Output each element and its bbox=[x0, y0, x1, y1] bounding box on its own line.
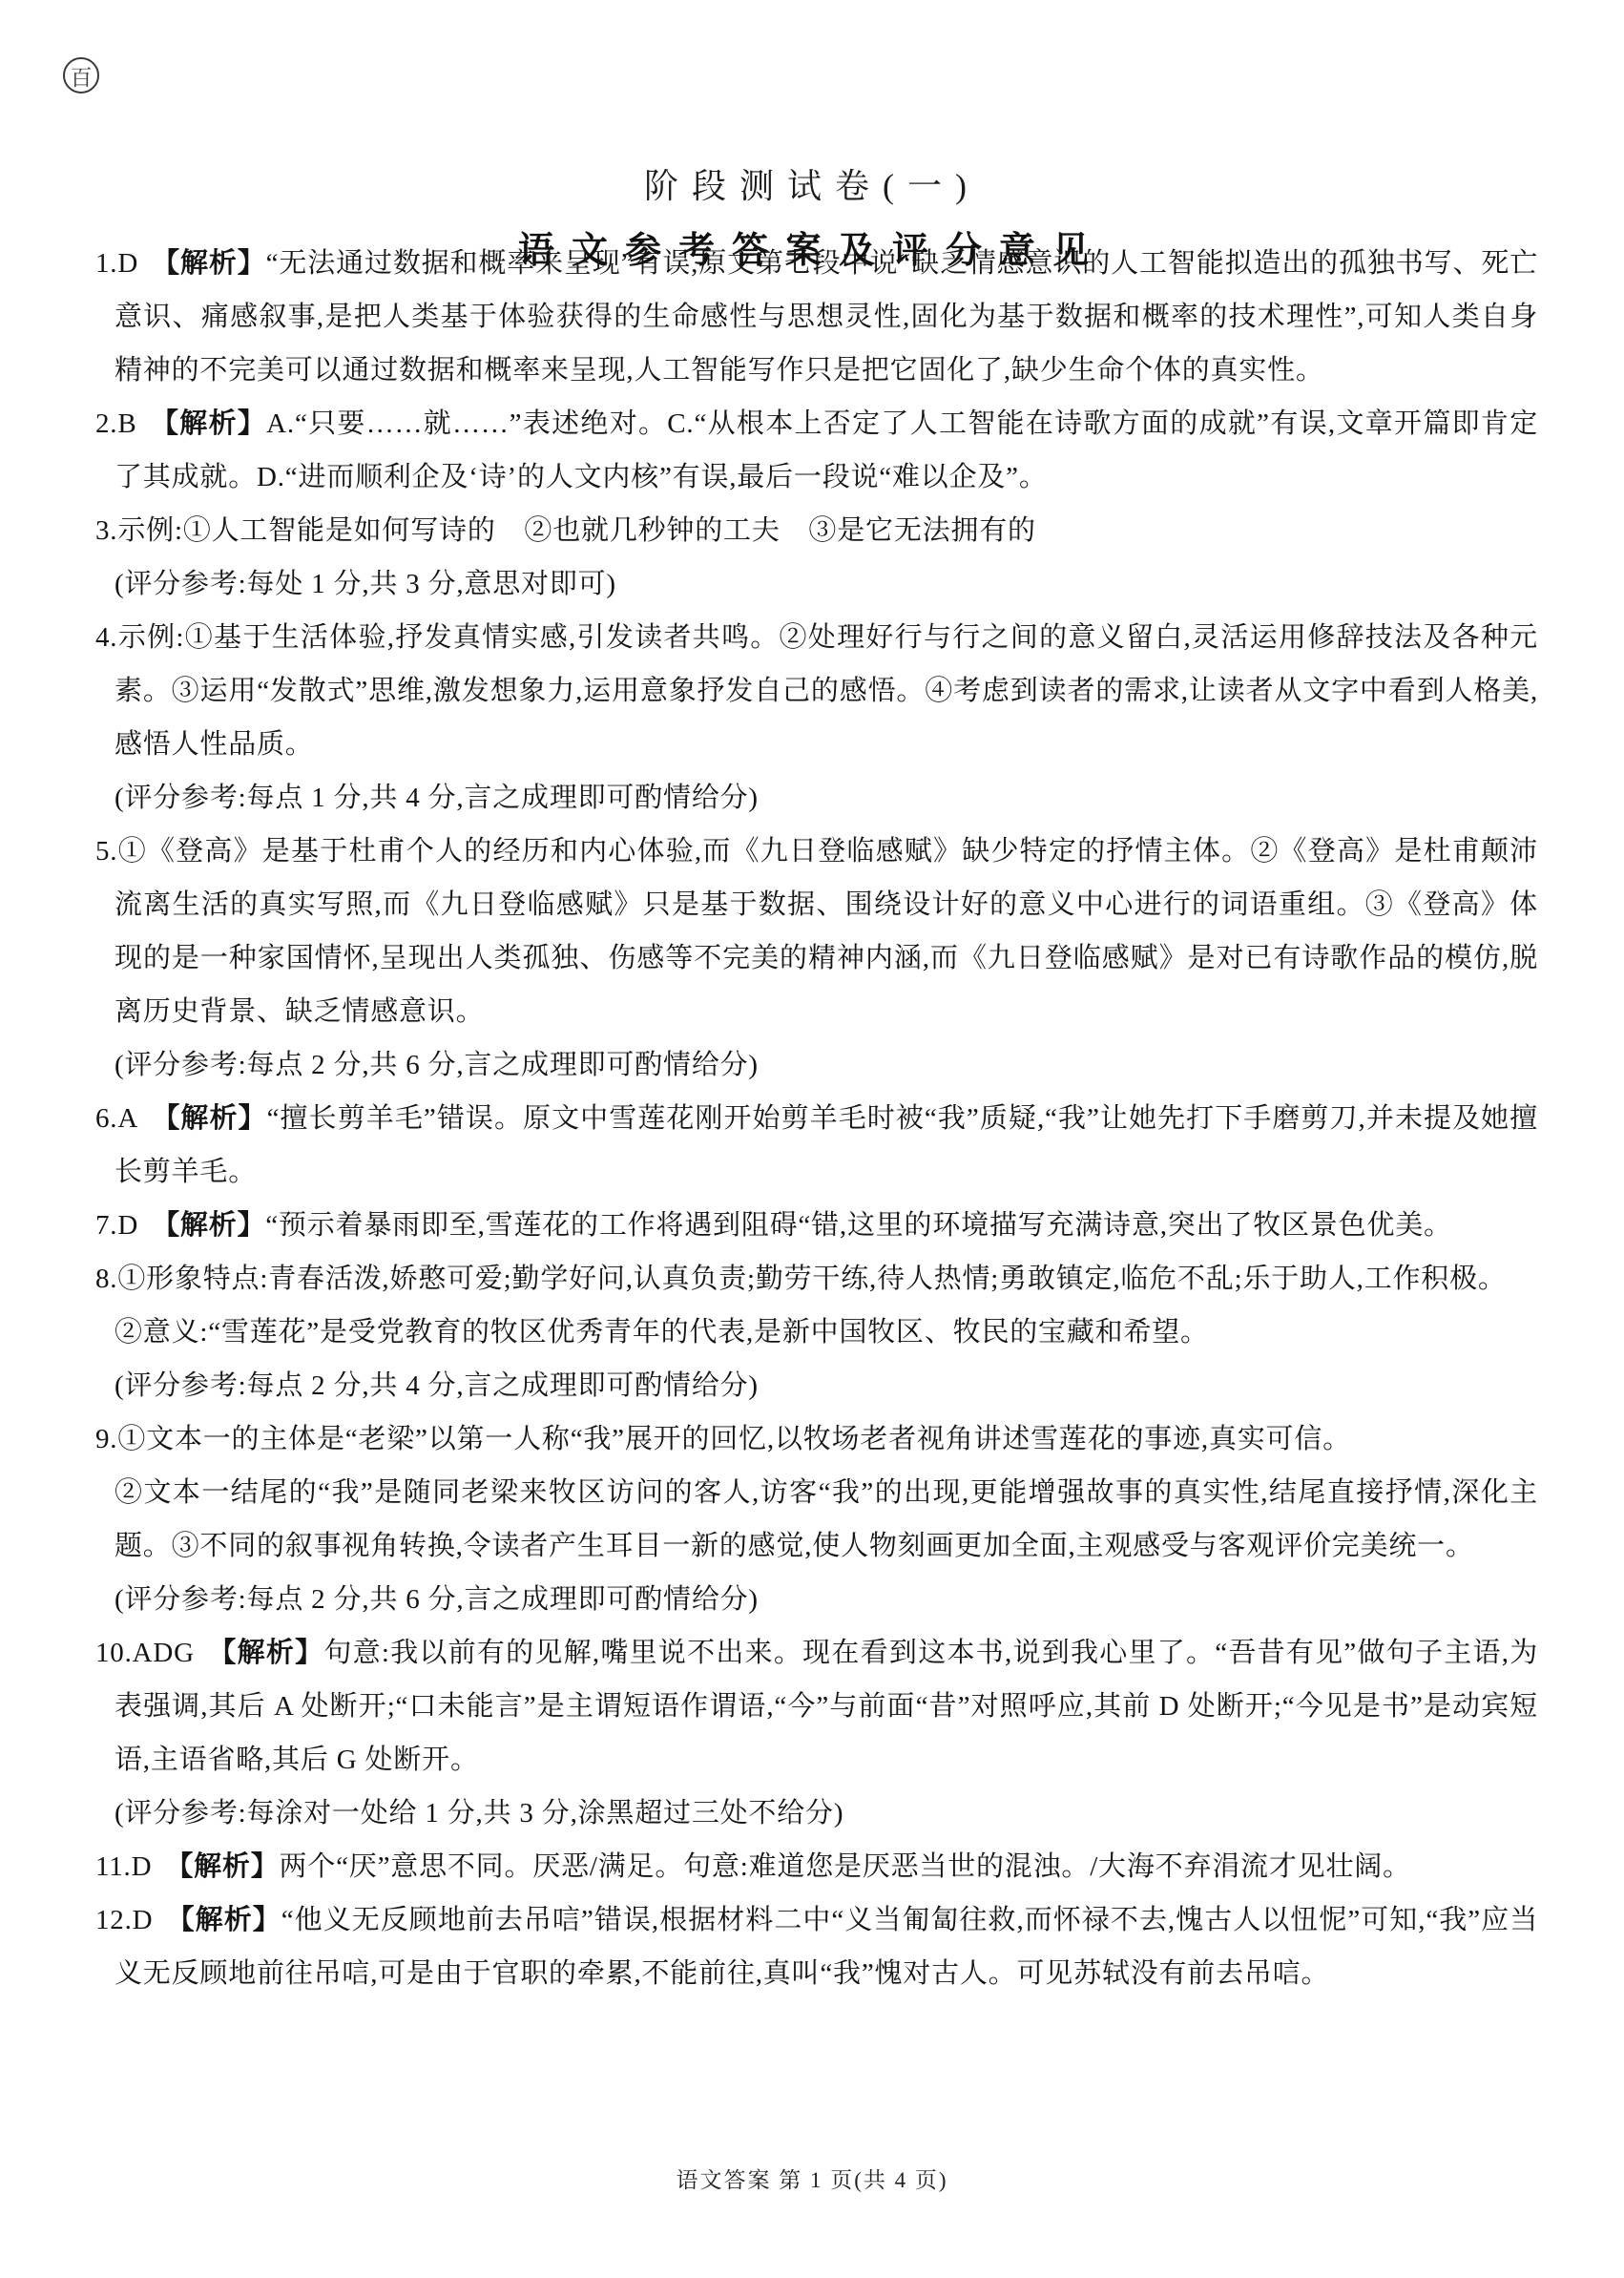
scoring-note: (评分参考:每涂对一处给 1 分,共 3 分,涂黑超过三处不给分) bbox=[95, 1787, 1538, 1840]
answer-number: 8. bbox=[95, 1264, 117, 1294]
answer-number: 2.B bbox=[95, 408, 137, 439]
publisher-logo-character: 百 bbox=[71, 60, 93, 92]
answer-text: 示例:①人工智能是如何写诗的 ②也就几秒钟的工夫 ③是它无法拥有的 bbox=[117, 515, 1035, 546]
answer-number: 11.D bbox=[95, 1851, 152, 1882]
answer-text: (评分参考:每点 2 分,共 6 分,言之成理即可酌情给分) bbox=[115, 1050, 759, 1080]
answer-number: 5. bbox=[95, 836, 117, 867]
answer-text: ②文本一结尾的“我”是随同老梁来牧区访问的客人,访客“我”的出现,更能增强故事的… bbox=[115, 1477, 1538, 1561]
answer-paragraph: 9.①文本一的主体是“老梁”以第一人称“我”展开的回忆,以牧场老者视角讲述雪莲花… bbox=[95, 1412, 1538, 1466]
answer-paragraph: ②文本一结尾的“我”是随同老梁来牧区访问的客人,访客“我”的出现,更能增强故事的… bbox=[95, 1466, 1538, 1573]
answer-text: ①《登高》是基于杜甫个人的经历和内心体验,而《九日登临感赋》缺少特定的抒情主体。… bbox=[115, 836, 1538, 1027]
answer-text: (评分参考:每处 1 分,共 3 分,意思对即可) bbox=[115, 569, 616, 599]
answer-number: 10.ADG bbox=[95, 1638, 195, 1668]
answer-text: A.“只要……就……”表述绝对。C.“从根本上否定了人工智能在诗歌方面的成就”有… bbox=[115, 408, 1538, 492]
analysis-tag: 【解析】 bbox=[151, 408, 267, 439]
answer-paragraph: 3.示例:①人工智能是如何写诗的 ②也就几秒钟的工夫 ③是它无法拥有的 bbox=[95, 504, 1538, 557]
answer-sheet-page: 百 阶段测试卷(一) 语文参考答案及评分意见 1.D【解析】“无法通过数据和概率… bbox=[0, 0, 1624, 2278]
answer-list: 1.D【解析】“无法通过数据和概率来呈现”有误,原文第七段中说“缺乏情感意识的人… bbox=[95, 237, 1538, 2000]
answer-paragraph: 1.D【解析】“无法通过数据和概率来呈现”有误,原文第七段中说“缺乏情感意识的人… bbox=[95, 237, 1538, 397]
answer-number: 3. bbox=[95, 515, 117, 546]
answer-number: 4. bbox=[95, 622, 117, 653]
answer-paragraph: 8.①形象特点:青春活泼,娇憨可爱;勤学好问,认真负责;勤劳干练,待人热情;勇敢… bbox=[95, 1252, 1538, 1306]
answer-paragraph: 7.D【解析】“预示着暴雨即至,雪莲花的工作将遇到阻碍“错,这里的环境描写充满诗… bbox=[95, 1199, 1538, 1252]
answer-number: 1.D bbox=[95, 248, 138, 279]
answer-text: (评分参考:每涂对一处给 1 分,共 3 分,涂黑超过三处不给分) bbox=[115, 1798, 843, 1829]
page-title: 阶段测试卷(一) bbox=[0, 159, 1624, 208]
answer-text: ②意义:“雪莲花”是受党教育的牧区优秀青年的代表,是新中国牧区、牧民的宝藏和希望… bbox=[115, 1317, 1209, 1348]
answer-text: 句意:我以前有的见解,嘴里说不出来。现在看到这本书,说到我心里了。“吾昔有见”做… bbox=[115, 1638, 1538, 1775]
answer-paragraph: 5.①《登高》是基于杜甫个人的经历和内心体验,而《九日登临感赋》缺少特定的抒情主… bbox=[95, 825, 1538, 1038]
scoring-note: (评分参考:每点 2 分,共 6 分,言之成理即可酌情给分) bbox=[95, 1573, 1538, 1626]
answer-text: “预示着暴雨即至,雪莲花的工作将遇到阻碍“错,这里的环境描写充满诗意,突出了牧区… bbox=[265, 1210, 1452, 1241]
scoring-note: (评分参考:每点 2 分,共 6 分,言之成理即可酌情给分) bbox=[95, 1038, 1538, 1092]
answer-text: ①形象特点:青春活泼,娇憨可爱;勤学好问,认真负责;勤劳干练,待人热情;勇敢镇定… bbox=[117, 1264, 1506, 1294]
answer-paragraph: 4.示例:①基于生活体验,抒发真情实感,引发读者共鸣。②处理好行与行之间的意义留… bbox=[95, 611, 1538, 771]
answer-paragraph: 6.A【解析】“擅长剪羊毛”错误。原文中雪莲花刚开始剪羊毛时被“我”质疑,“我”… bbox=[95, 1092, 1538, 1199]
analysis-tag: 【解析】 bbox=[152, 248, 266, 279]
publisher-logo-badge: 百 bbox=[63, 57, 99, 94]
scoring-note: (评分参考:每点 2 分,共 4 分,言之成理即可酌情给分) bbox=[95, 1359, 1538, 1412]
answer-paragraph: 12.D【解析】“他义无反顾地前去吊唁”错误,根据材料二中“义当匍匐往救,而怀禄… bbox=[95, 1893, 1538, 2000]
answer-number: 12.D bbox=[95, 1905, 153, 1935]
answer-number: 6.A bbox=[95, 1103, 138, 1134]
answer-text: “无法通过数据和概率来呈现”有误,原文第七段中说“缺乏情感意识的人工智能拟造出的… bbox=[115, 248, 1538, 386]
analysis-tag: 【解析】 bbox=[166, 1905, 281, 1935]
answer-text: (评分参考:每点 2 分,共 6 分,言之成理即可酌情给分) bbox=[115, 1584, 759, 1615]
analysis-tag: 【解析】 bbox=[152, 1103, 267, 1134]
scoring-note: (评分参考:每点 1 分,共 4 分,言之成理即可酌情给分) bbox=[95, 771, 1538, 825]
answer-paragraph: 10.ADG【解析】句意:我以前有的见解,嘴里说不出来。现在看到这本书,说到我心… bbox=[95, 1626, 1538, 1787]
answer-text: ①文本一的主体是“老梁”以第一人称“我”展开的回忆,以牧场老者视角讲述雪莲花的事… bbox=[117, 1424, 1351, 1454]
answer-text: (评分参考:每点 2 分,共 4 分,言之成理即可酌情给分) bbox=[115, 1370, 759, 1401]
answer-text: 示例:①基于生活体验,抒发真情实感,引发读者共鸣。②处理好行与行之间的意义留白,… bbox=[115, 622, 1538, 760]
answer-text: “擅长剪羊毛”错误。原文中雪莲花刚开始剪羊毛时被“我”质疑,“我”让她先打下手磨… bbox=[115, 1103, 1538, 1187]
analysis-tag: 【解析】 bbox=[165, 1851, 279, 1882]
answer-paragraph: 11.D【解析】两个“厌”意思不同。厌恶/满足。句意:难道您是厌恶当世的混浊。/… bbox=[95, 1840, 1538, 1893]
analysis-tag: 【解析】 bbox=[208, 1638, 323, 1668]
page-footer: 语文答案 第 1 页(共 4 页) bbox=[0, 2163, 1624, 2194]
answer-number: 9. bbox=[95, 1424, 117, 1454]
analysis-tag: 【解析】 bbox=[152, 1210, 265, 1241]
answer-text: 两个“厌”意思不同。厌恶/满足。句意:难道您是厌恶当世的混浊。/大海不弃涓流才见… bbox=[280, 1851, 1411, 1882]
scoring-note: (评分参考:每处 1 分,共 3 分,意思对即可) bbox=[95, 557, 1538, 611]
answer-text: “他义无反顾地前去吊唁”错误,根据材料二中“义当匍匐往救,而怀禄不去,愧古人以忸… bbox=[115, 1905, 1538, 1989]
answer-paragraph: 2.B【解析】A.“只要……就……”表述绝对。C.“从根本上否定了人工智能在诗歌… bbox=[95, 397, 1538, 504]
answer-number: 7.D bbox=[95, 1210, 138, 1241]
answer-paragraph: ②意义:“雪莲花”是受党教育的牧区优秀青年的代表,是新中国牧区、牧民的宝藏和希望… bbox=[95, 1306, 1538, 1359]
answer-text: (评分参考:每点 1 分,共 4 分,言之成理即可酌情给分) bbox=[115, 783, 759, 813]
